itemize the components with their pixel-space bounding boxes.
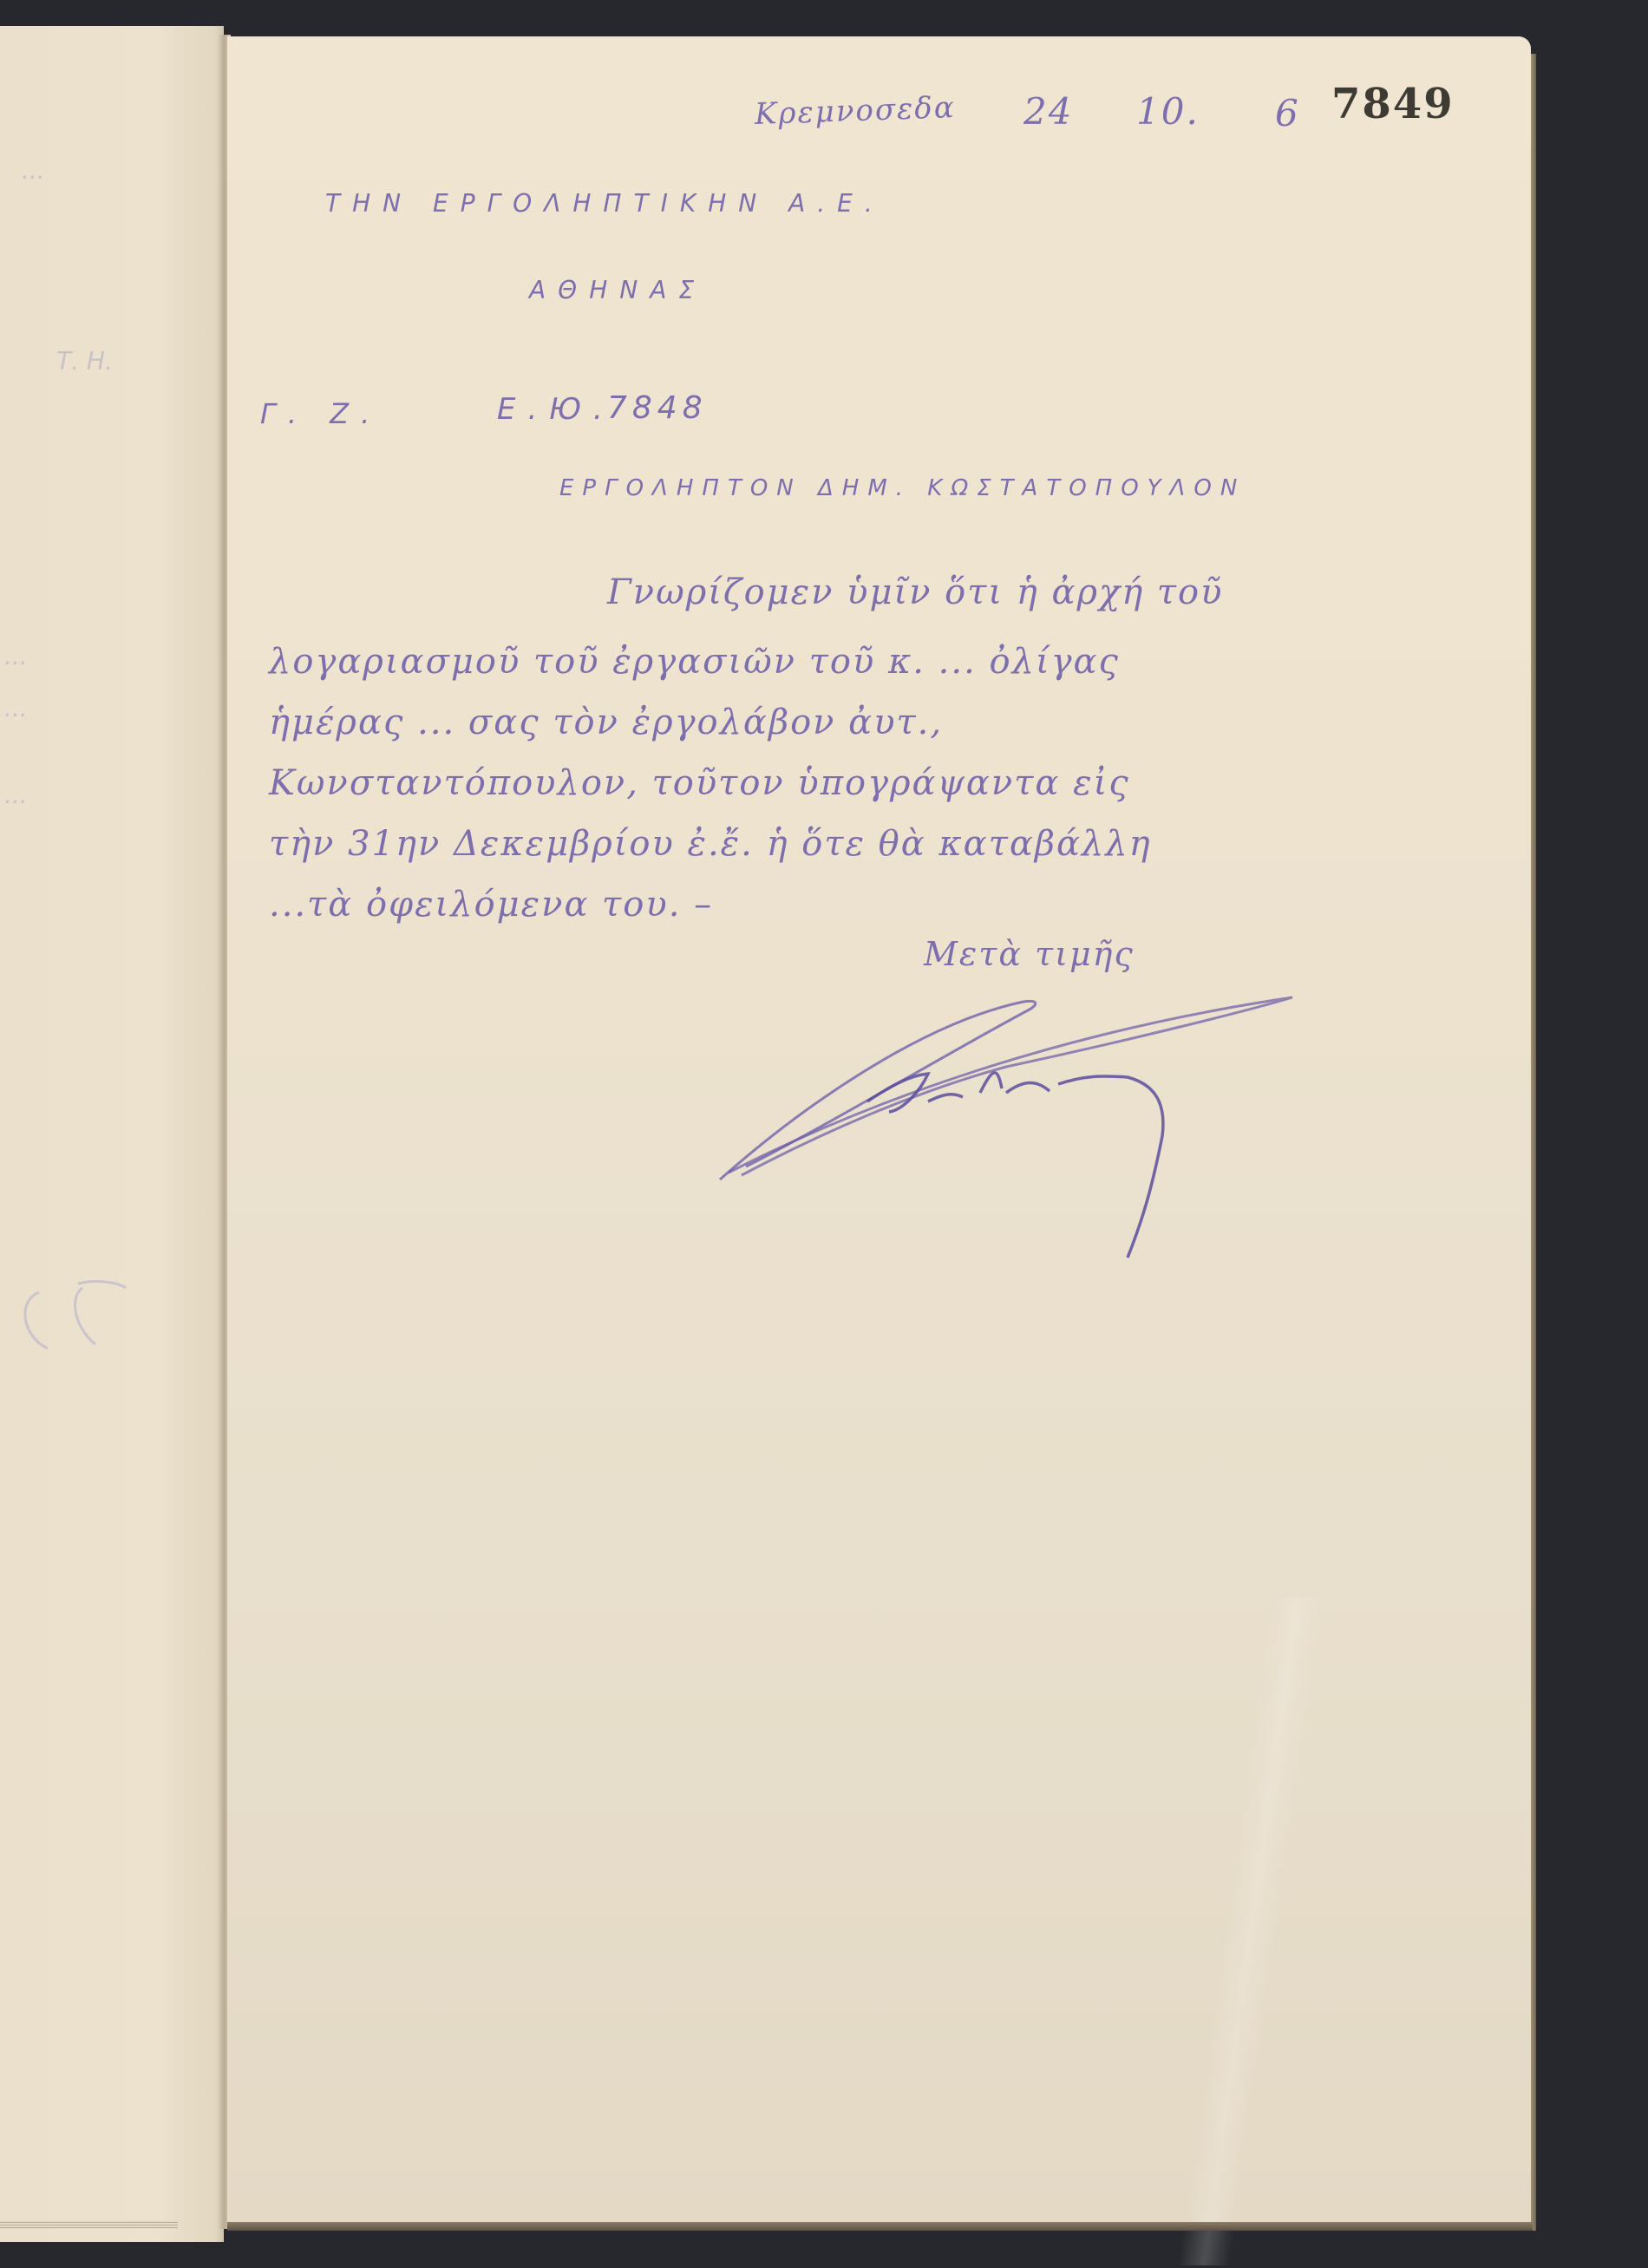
body-line: Γνωρίζομεν ὑμῖν ὅτι ἡ ἀρχή τοῦ <box>607 572 1223 612</box>
body-line: τὴν 31ην Δεκεμβρίου ἐ.ἔ. ἡ ὅτε θὰ καταβά… <box>269 824 1152 864</box>
body-line: ...τὰ ὀφειλόμενα του. – <box>269 885 713 925</box>
left-page: ... Τ. Η. ... ... ... <box>0 26 224 2242</box>
left-page-bleed-mark: ... <box>4 642 28 670</box>
body-line: Κωνσταντόπουλον, τοῦτον ὑπογράψαντα εἰς <box>269 763 1130 803</box>
left-page-edge-stack <box>0 2220 178 2229</box>
letter-date-day: 24 <box>1023 90 1073 133</box>
letter-date-month: 10. <box>1136 90 1200 133</box>
page-number-stamp: 7849 <box>1331 80 1455 128</box>
left-page-bleed-mark: ... <box>22 156 45 185</box>
document-scan: ... Τ. Η. ... ... ... 7849 Κρεμνοσεδα 24… <box>0 0 1648 2268</box>
left-page-bleed-mark: ... <box>4 694 28 722</box>
paper-crease <box>1178 1598 1324 2265</box>
letter-subject: ΕΡΓΟΛΗΠΤΟΝ ΔΗΜ. ΚΩΣΤΑΤΟΠΟΥΛΟΝ <box>559 475 1246 501</box>
reference-center: Ε.Ю. <box>497 392 615 427</box>
left-page-bleed-curve <box>13 1275 134 1379</box>
body-line: ἡμέρας ... σας τὸν ἐργολάβον ἀυτ., <box>269 703 943 742</box>
letter-date-year: 6 <box>1275 92 1300 134</box>
reference-number: 7848 <box>607 390 708 426</box>
page-right-edge <box>1531 54 1536 2231</box>
left-page-bleed-mark: ... <box>4 781 28 809</box>
letter-place: Κρεμνοσεδα <box>754 90 956 132</box>
recipient-line-2: ΑΘΗΝΑΣ <box>529 276 706 304</box>
reference-left: Γ. Ζ. <box>260 397 382 430</box>
letter-closing: Μετὰ τιμῆς <box>924 935 1135 973</box>
left-page-bleed-mark: Τ. Η. <box>56 347 113 376</box>
signature-flourish <box>694 971 1301 1284</box>
recipient-line-1: ΤΗΝ ΕΡΓΟΛΗΠΤΙΚΗΝ Α.Ε. <box>325 189 885 218</box>
body-line: λογαριασμοῦ τοῦ ἐργασιῶν τοῦ κ. ... ὀλίγ… <box>269 642 1120 682</box>
page-bottom-edge <box>227 2222 1533 2231</box>
